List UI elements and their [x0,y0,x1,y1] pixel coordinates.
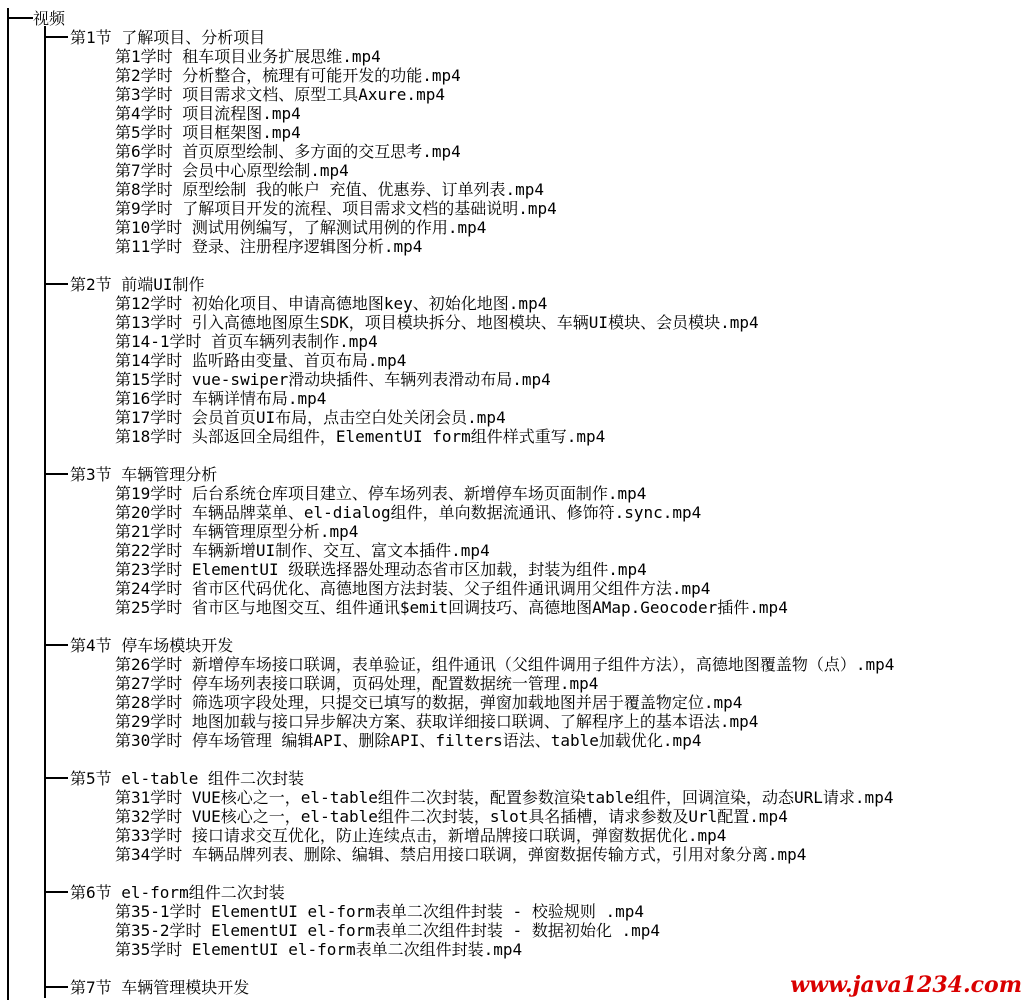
tree-node-file[interactable]: 第28学时 筛选项字段处理，只提交已填写的数据，弹窗加载地图并居于覆盖物定位.m… [115,693,742,712]
tree-node-section[interactable]: 第2节 前端UI制作 [70,275,205,294]
tree-node-file[interactable]: 第11学时 登录、注册程序逻辑图分析.mp4 [115,237,422,256]
tree-branch-line [44,36,68,38]
tree-node-file[interactable]: 第9学时 了解项目开发的流程、项目需求文档的基础说明.mp4 [115,199,557,218]
tree-branch-line [44,986,68,988]
tree-node-file[interactable]: 第24学时 省市区代码优化、高德地图方法封装、父子组件通讯调用父组件方法.mp4 [115,579,710,598]
tree-node-file[interactable]: 第12学时 初始化项目、申请高德地图key、初始化地图.mp4 [115,294,547,313]
tree-node-file[interactable]: 第16学时 车辆详情布局.mp4 [115,389,326,408]
tree-branch-line [44,644,68,646]
tree-node-file[interactable]: 第14-1学时 首页车辆列表制作.mp4 [115,332,378,351]
tree-node-file[interactable]: 第13学时 引入高德地图原生SDK，项目模块拆分、地图模块、车辆UI模块、会员模… [115,313,759,332]
tree-node-file[interactable]: 第5学时 项目框架图.mp4 [115,123,301,142]
tree-node-file[interactable]: 第27学时 停车场列表接口联调，页码处理，配置数据统一管理.mp4 [115,674,598,693]
tree-node-file[interactable]: 第35-1学时 ElementUI el-form表单二次组件封装 - 校验规则… [115,902,644,921]
tree-node-file[interactable]: 第7学时 会员中心原型绘制.mp4 [115,161,349,180]
tree-branch-line [44,473,68,475]
tree-node-file[interactable]: 第35学时 ElementUI el-form表单二次组件封装.mp4 [115,940,522,959]
tree-node-file[interactable]: 第33学时 接口请求交互优化，防止连续点击，新增品牌接口联调，弹窗数据优化.mp… [115,826,726,845]
tree-node-file[interactable]: 第21学时 车辆管理原型分析.mp4 [115,522,358,541]
tree-node-file[interactable]: 第29学时 地图加载与接口异步解决方案、获取详细接口联调、了解程序上的基本语法.… [115,712,758,731]
tree-node-file[interactable]: 第6学时 首页原型绘制、多方面的交互思考.mp4 [115,142,461,161]
tree-node-file[interactable]: 第31学时 VUE核心之一，el-table组件二次封装，配置参数渲染table… [115,788,893,807]
tree-trunk-line-root [7,8,9,1000]
tree-node-file[interactable]: 第3学时 项目需求文档、原型工具Axure.mp4 [115,85,445,104]
tree-node-file[interactable]: 第8学时 原型绘制 我的帐户 充值、优惠券、订单列表.mp4 [115,180,544,199]
file-tree-view: 视频 第1节 了解项目、分析项目第1学时 租车项目业务扩展思维.mp4第2学时 … [0,0,1034,1008]
tree-node-file[interactable]: 第26学时 新增停车场接口联调，表单验证，组件通讯（父组件调用子组件方法），高德… [115,655,894,674]
tree-node-file[interactable]: 第20学时 车辆品牌菜单、el-dialog组件，单向数据流通讯、修饰符.syn… [115,503,701,522]
tree-node-file[interactable]: 第15学时 vue-swiper滑动块插件、车辆列表滑动布局.mp4 [115,370,551,389]
tree-node-section[interactable]: 第7节 车辆管理模块开发 [70,978,249,997]
tree-node-file[interactable]: 第35-2学时 ElementUI el-form表单二次组件封装 - 数据初始… [115,921,660,940]
tree-node-file[interactable]: 第19学时 后台系统仓库项目建立、停车场列表、新增停车场页面制作.mp4 [115,484,646,503]
tree-node-section[interactable]: 第1节 了解项目、分析项目 [70,28,265,47]
tree-node-file[interactable]: 第18学时 头部返回全局组件，ElementUI form组件样式重写.mp4 [115,427,605,446]
tree-node-file[interactable]: 第25学时 省市区与地图交互、组件通讯$emit回调技巧、高德地图AMap.Ge… [115,598,788,617]
tree-trunk-line-sections [44,26,46,998]
tree-node-file[interactable]: 第1学时 租车项目业务扩展思维.mp4 [115,47,381,66]
tree-node-file[interactable]: 第4学时 项目流程图.mp4 [115,104,301,123]
tree-node-section[interactable]: 第6节 el-form组件二次封装 [70,883,285,902]
tree-node-section[interactable]: 第5节 el-table 组件二次封装 [70,769,304,788]
site-watermark: www.java1234.com [790,972,1022,998]
tree-node-file[interactable]: 第22学时 车辆新增UI制作、交互、富文本插件.mp4 [115,541,490,560]
tree-node-file[interactable]: 第17学时 会员首页UI布局，点击空白处关闭会员.mp4 [115,408,506,427]
tree-node-file[interactable]: 第34学时 车辆品牌列表、删除、编辑、禁启用接口联调，弹窗数据传输方式，引用对象… [115,845,806,864]
tree-node-file[interactable]: 第32学时 VUE核心之一，el-table组件二次封装，slot具名插槽，请求… [115,807,788,826]
tree-node-section[interactable]: 第4节 停车场模块开发 [70,636,233,655]
tree-node-file[interactable]: 第2学时 分析整合，梳理有可能开发的功能.mp4 [115,66,461,85]
tree-branch-line [44,283,68,285]
tree-node-file[interactable]: 第14学时 监听路由变量、首页布局.mp4 [115,351,406,370]
tree-branch-line [44,891,68,893]
tree-branch-line [44,777,68,779]
tree-node-file[interactable]: 第23学时 ElementUI 级联选择器处理动态省市区加载，封装为组件.mp4 [115,560,647,579]
tree-node-file[interactable]: 第10学时 测试用例编写，了解测试用例的作用.mp4 [115,218,486,237]
tree-branch-line-root [7,17,33,19]
tree-node-file[interactable]: 第30学时 停车场管理 编辑API、删除API、filters语法、table加… [115,731,701,750]
tree-node-root[interactable]: 视频 [33,9,65,28]
tree-node-section[interactable]: 第3节 车辆管理分析 [70,465,217,484]
